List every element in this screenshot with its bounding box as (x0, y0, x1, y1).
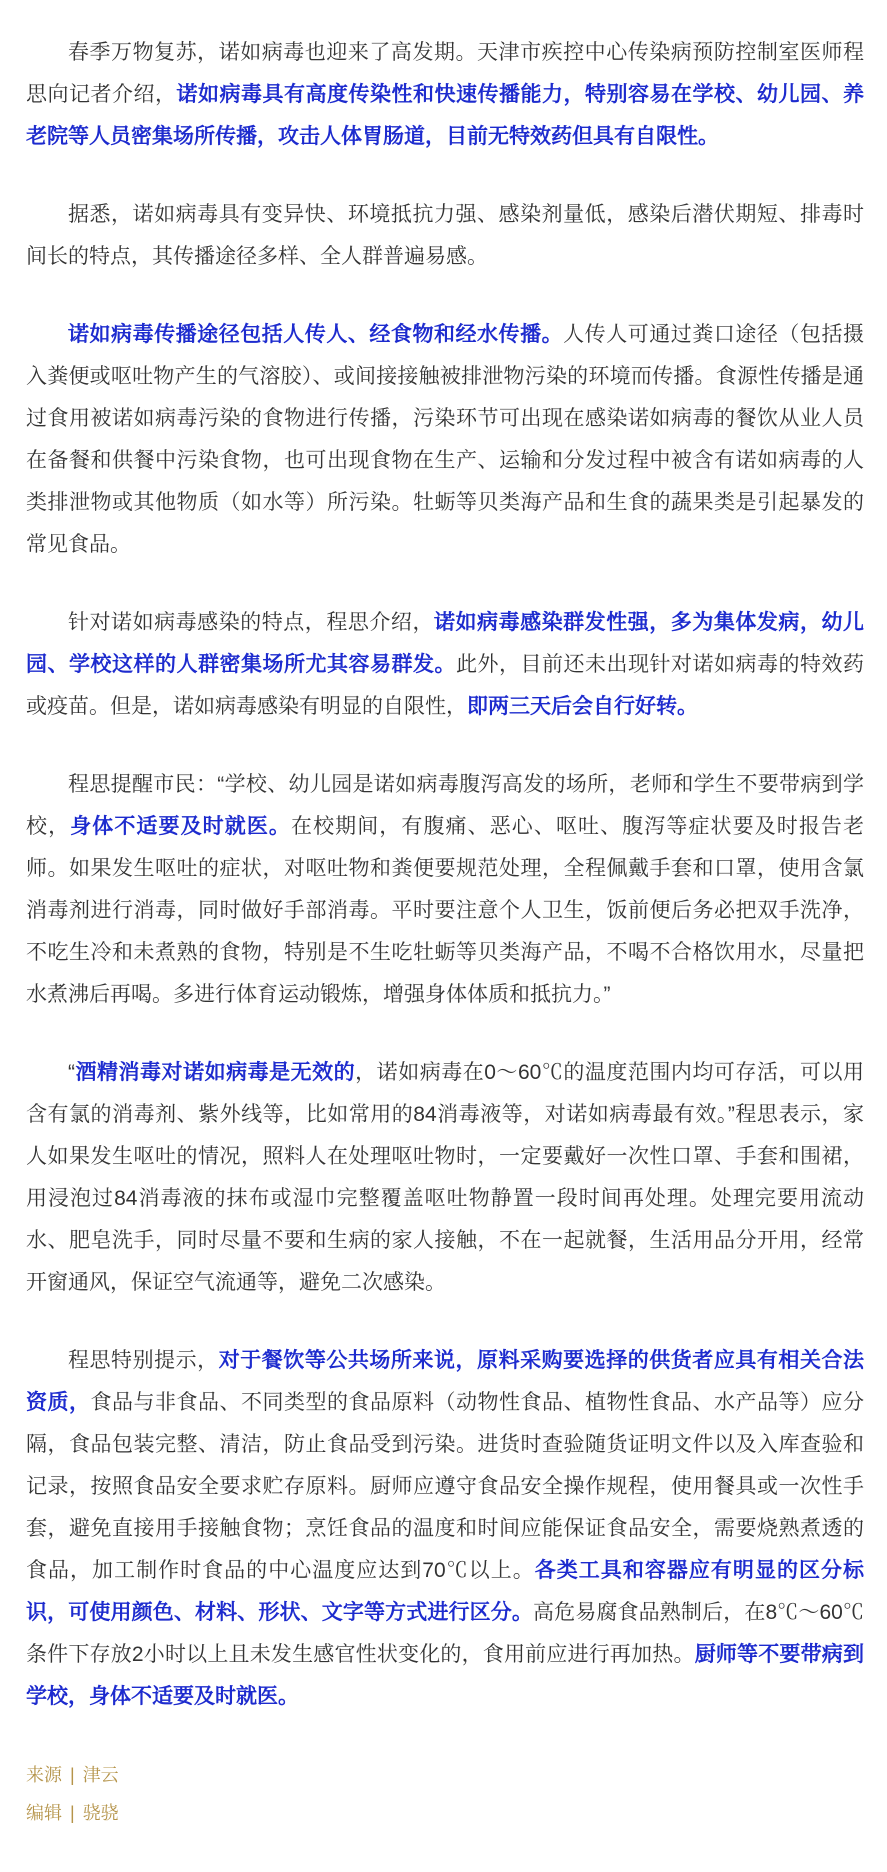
highlighted-text-run: 即两三天后会自行好转。 (467, 695, 698, 718)
text-run: 据悉，诺如病毒具有变异快、环境抵抗力强、感染剂量低，感染后潜伏期短、排毒时间长的… (26, 203, 864, 268)
paragraph: 针对诺如病毒感染的特点，程思介绍，诺如病毒感染群发性强，多为集体发病，幼儿园、学… (26, 602, 864, 728)
text-run: 在校期间，有腹痛、恶心、呕吐、腹泻等症状要及时报告老师。如果发生呕吐的症状，对呕… (26, 815, 864, 1006)
article-body: 春季万物复苏，诺如病毒也迎来了高发期。天津市疾控中心传染病预防控制室医师程思向记… (26, 32, 864, 1718)
credit-line: 编辑|骁骁 (26, 1794, 864, 1832)
paragraph: 据悉，诺如病毒具有变异快、环境抵抗力强、感染剂量低，感染后潜伏期短、排毒时间长的… (26, 194, 864, 278)
credit-separator: | (70, 1803, 75, 1823)
paragraph: 程思特别提示，对于餐饮等公共场所来说，原料采购要选择的供货者应具有相关合法资质，… (26, 1340, 864, 1718)
text-run: “ (68, 1061, 75, 1084)
text-run: 针对诺如病毒感染的特点，程思介绍， (68, 611, 434, 634)
credit-label: 来源 (26, 1765, 62, 1785)
credit-value: 津云 (83, 1765, 119, 1785)
highlighted-text-run: 酒精消毒对诺如病毒是无效的 (75, 1061, 355, 1084)
credit-separator: | (70, 1765, 75, 1785)
paragraph: 诺如病毒传播途径包括人传人、经食物和经水传播。人传人可通过粪口途径（包括摄入粪便… (26, 314, 864, 566)
paragraph: “酒精消毒对诺如病毒是无效的，诺如病毒在0～60℃的温度范围内均可存活，可以用含… (26, 1052, 864, 1304)
paragraph: 春季万物复苏，诺如病毒也迎来了高发期。天津市疾控中心传染病预防控制室医师程思向记… (26, 32, 864, 158)
text-run: 食品与非食品、不同类型的食品原料（动物性食品、植物性食品、水产品等）应分隔，食品… (26, 1391, 864, 1582)
text-run: 程思特别提示， (68, 1349, 219, 1372)
credit-label: 编辑 (26, 1803, 62, 1823)
highlighted-text-run: 诺如病毒传播途径包括人传人、经食物和经水传播。 (68, 323, 563, 346)
text-run: 人传人可通过粪口途径（包括摄入粪便或呕吐物产生的气溶胶）、或间接接触被排泄物污染… (26, 323, 864, 556)
paragraph: 程思提醒市民：“学校、幼儿园是诺如病毒腹泻高发的场所，老师和学生不要带病到学校，… (26, 764, 864, 1016)
text-run: ，诺如病毒在0～60℃的温度范围内均可存活，可以用含有氯的消毒剂、紫外线等，比如… (26, 1061, 864, 1294)
article-footer: 来源|津云编辑|骁骁 (26, 1754, 864, 1832)
article-page: 春季万物复苏，诺如病毒也迎来了高发期。天津市疾控中心传染病预防控制室医师程思向记… (0, 0, 887, 1872)
highlighted-text-run: 身体不适要及时就医。 (70, 815, 291, 838)
credit-line: 来源|津云 (26, 1756, 864, 1794)
credit-value: 骁骁 (83, 1803, 119, 1823)
